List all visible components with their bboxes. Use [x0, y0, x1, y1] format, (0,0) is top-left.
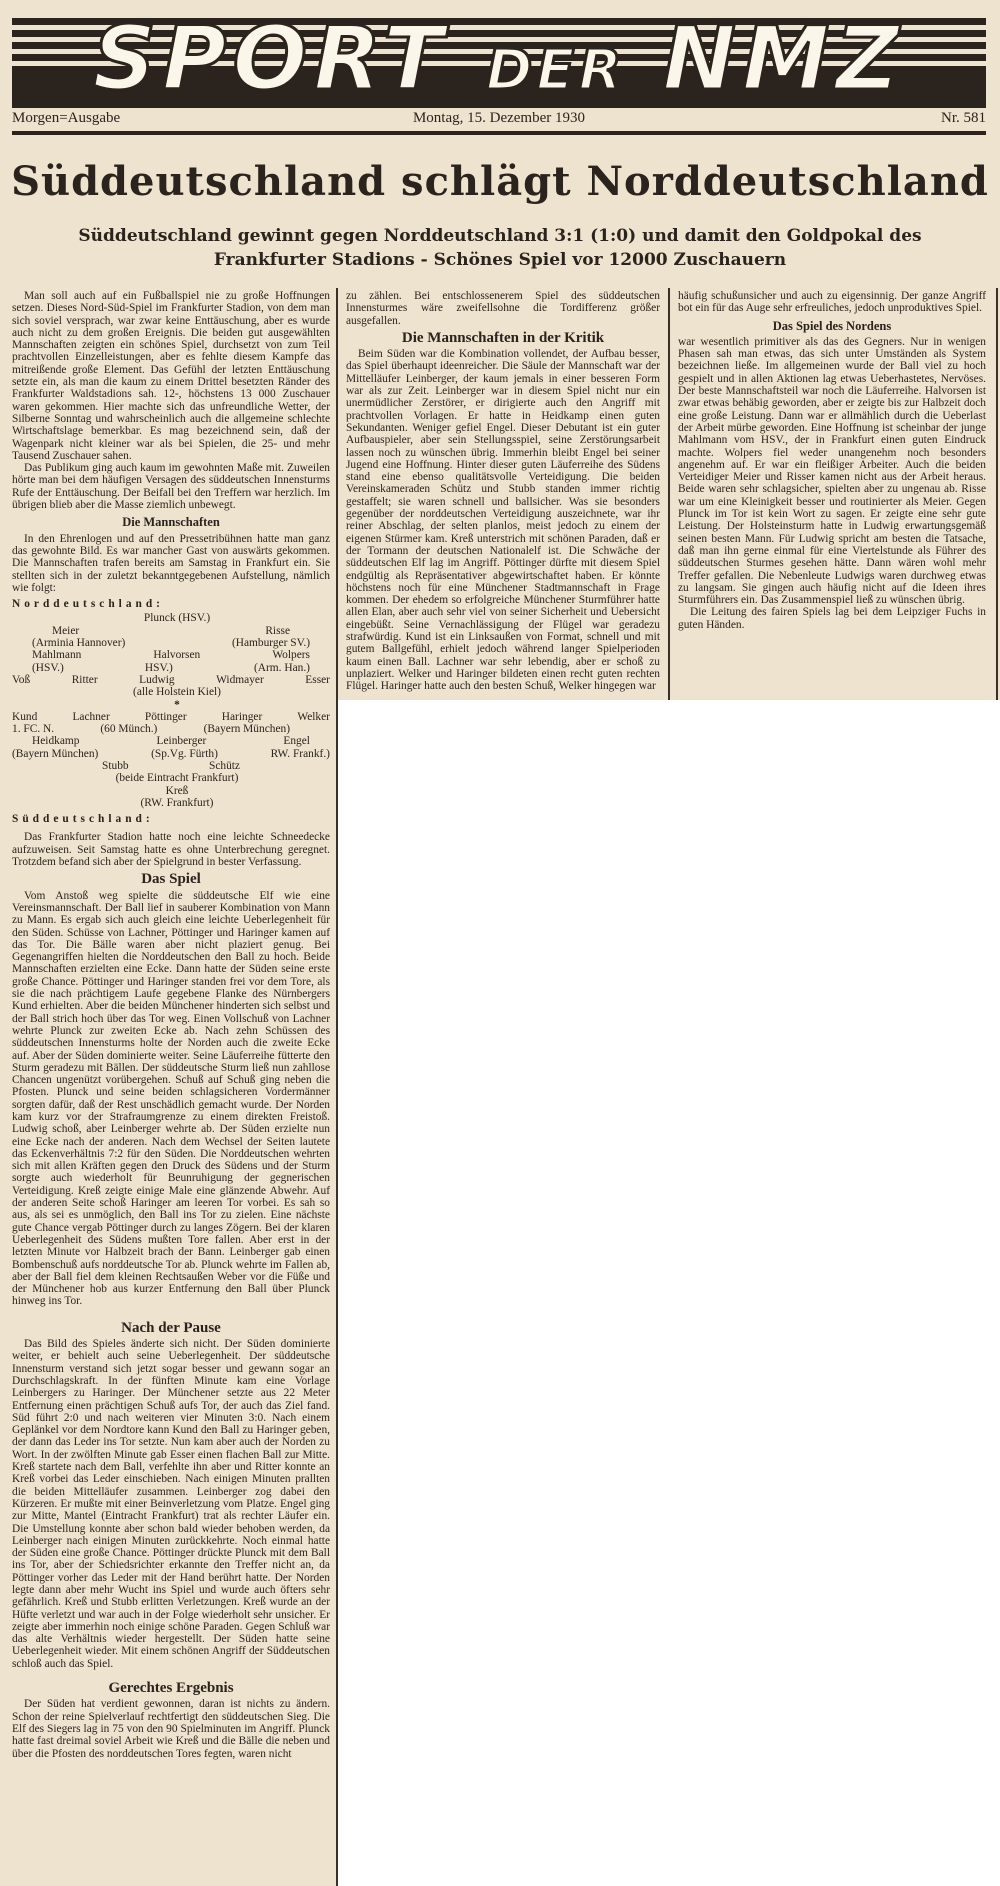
issue-date: Montag, 15. Dezember 1930	[12, 110, 986, 127]
north-forwards: Voß Ritter Ludwig Widmayer Esser	[12, 674, 330, 686]
player: Schütz	[209, 760, 240, 772]
lineup-separator: *	[12, 699, 330, 711]
north-backs: Meier Risse	[12, 625, 330, 637]
club: 1. FC. N.	[12, 723, 54, 735]
club: (Sp.Vg. Fürth)	[151, 748, 218, 760]
north-goalkeeper: Plunck (HSV.)	[12, 612, 330, 624]
club: (Hamburger SV.)	[232, 637, 310, 649]
south-forwards-clubs: 1. FC. N. (60 Münch.) (Bayern München)	[12, 723, 330, 735]
col3-continuation: häufig schußunsicher und auch zu eigensi…	[678, 290, 986, 315]
masthead: SPORT DER NMZ	[12, 8, 986, 108]
club: (Bayern München)	[12, 748, 98, 760]
masthead-title-nmz: NMZ	[662, 7, 905, 110]
club: (60 Münch.)	[100, 723, 157, 735]
page-right-rule	[996, 288, 998, 700]
section-heading-ergebnis: Gerechtes Ergebnis	[12, 1682, 330, 1694]
mannschaften-text: In den Ehrenlogen und auf den Pressetrib…	[12, 533, 330, 594]
masthead-rule	[12, 131, 986, 135]
player: Risse	[265, 625, 290, 637]
article-subheadline: Süddeutschland gewinnt gegen Norddeutsch…	[20, 224, 980, 272]
player: Ludwig	[139, 674, 174, 686]
player: Leinberger	[157, 735, 207, 747]
section-heading-pause: Nach der Pause	[12, 1322, 330, 1334]
intro-paragraph-2: Das Publikum ging auch kaum im gewohnten…	[12, 462, 330, 511]
north-backs-clubs: (Arminia Hannover) (Hamburger SV.)	[12, 637, 330, 649]
club: (Arminia Hannover)	[32, 637, 125, 649]
lineup-north-label: Norddeutschland:	[12, 598, 330, 610]
masthead-title-der: DER	[486, 38, 626, 103]
south-goalkeeper-club: (RW. Frankfurt)	[12, 797, 330, 809]
club: (Bayern München)	[204, 723, 290, 735]
south-forwards: Kund Lachner Pöttinger Haringer Welker	[12, 711, 330, 723]
section-heading-kritik: Die Mannschaften in der Kritik	[346, 332, 660, 344]
club: (Arm. Han.)	[254, 662, 310, 674]
dateline: Morgen=Ausgabe Montag, 15. Dezember 1930…	[12, 110, 986, 132]
lineup-south-label: Süddeutschland:	[12, 813, 330, 825]
south-halves-clubs: (Bayern München) (Sp.Vg. Fürth) RW. Fran…	[12, 748, 330, 760]
ergebnis-text: Der Süden hat verdient gewonnen, daran i…	[12, 1698, 330, 1759]
player: Welker	[297, 711, 330, 723]
south-goalkeeper: Kreß	[12, 785, 330, 797]
club: (HSV.)	[32, 662, 64, 674]
masthead-title: SPORT DER NMZ	[12, 4, 986, 126]
player: Engel	[283, 735, 310, 747]
article-headline: Süddeutschland schlägt Norddeutschland	[0, 158, 1000, 205]
referee-text: Die Leitung des fairen Spiels lag bei de…	[678, 606, 986, 631]
pause-text: Das Bild des Spieles änderte sich nicht.…	[12, 1338, 330, 1670]
club: HSV.)	[145, 662, 173, 674]
player: Ritter	[72, 674, 98, 686]
col2-continuation: zu zählen. Bei entschlossenerem Spiel de…	[346, 290, 660, 327]
section-heading-mannschaften: Die Mannschaften	[12, 516, 330, 528]
south-backs: Stubb Schütz	[12, 760, 330, 772]
intro-paragraph-1: Man soll auch auf ein Fußballspiel nie z…	[12, 290, 330, 462]
player: Halvorsen	[153, 649, 200, 661]
column-2: zu zählen. Bei entschlossenerem Spiel de…	[346, 290, 660, 693]
column-1: Man soll auch auf ein Fußballspiel nie z…	[12, 290, 330, 1760]
masthead-title-sport: SPORT	[93, 7, 450, 110]
north-forwards-club: (alle Holstein Kiel)	[12, 686, 330, 698]
player: Kund	[12, 711, 37, 723]
player: Meier	[52, 625, 79, 637]
player: Lachner	[72, 711, 109, 723]
north-halves-clubs: (HSV.) HSV.) (Arm. Han.)	[12, 662, 330, 674]
player: Stubb	[102, 760, 129, 772]
column-divider-1	[336, 288, 338, 1886]
section-heading-spiel: Das Spiel	[12, 873, 330, 885]
spiel-text: Vom Anstoß weg spielte die süddeutsche E…	[12, 890, 330, 1308]
north-halves: Mahlmann Halvorsen Wolpers	[12, 649, 330, 661]
player: Mahlmann	[32, 649, 81, 661]
column-3: häufig schußunsicher und auch zu eigensi…	[678, 290, 986, 631]
player: Voß	[12, 674, 30, 686]
player: Heidkamp	[32, 735, 79, 747]
kritik-text: Beim Süden war die Kombination vollendet…	[346, 348, 660, 692]
south-backs-club: (beide Eintracht Frankfurt)	[12, 772, 330, 784]
ground-text: Das Frankfurter Stadion hatte noch eine …	[12, 831, 330, 868]
club: RW. Frankf.)	[271, 748, 330, 760]
lineup-north: Plunck (HSV.) Meier Risse (Arminia Hanno…	[12, 612, 330, 698]
player: Pöttinger	[145, 711, 187, 723]
south-halves: Heidkamp Leinberger Engel	[12, 735, 330, 747]
column-divider-2	[668, 288, 670, 700]
section-heading-nordens: Das Spiel des Nordens	[678, 320, 986, 332]
player: Esser	[305, 674, 330, 686]
player: Haringer	[222, 711, 262, 723]
player: Widmayer	[216, 674, 264, 686]
player: Wolpers	[272, 649, 310, 661]
issue-number: Nr. 581	[941, 110, 986, 127]
lineup-south: Kund Lachner Pöttinger Haringer Welker 1…	[12, 711, 330, 809]
nordens-text: war wesentlich primitiver als das des Ge…	[678, 336, 986, 607]
